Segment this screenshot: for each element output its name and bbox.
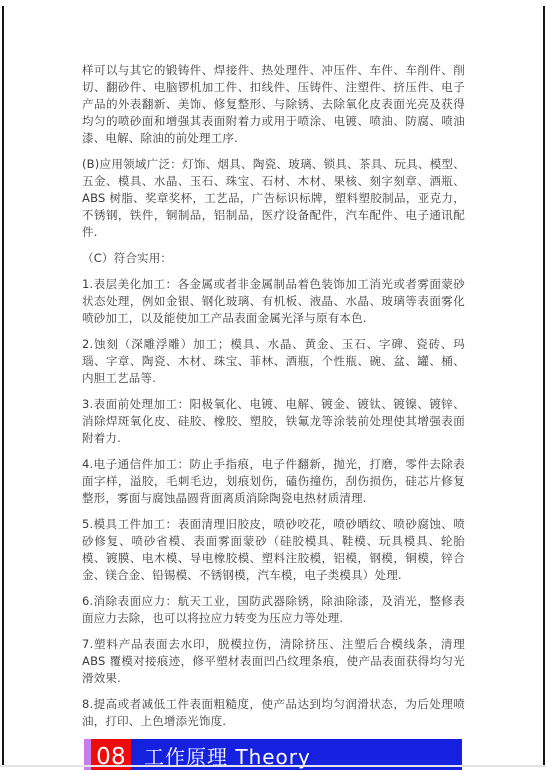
paragraph-item-4: 4.电子通信件加工：防止手指痕，电子件翻新，抛光，打磨，零件去除表面字样，溢胶，… xyxy=(82,456,465,507)
paragraph-item-8: 8.提高或者减低工件表面粗糙度，使产品达到均匀润滑状态，为后处理喷油，打印、上色… xyxy=(82,696,465,730)
document-page: 样可以与其它的锻铸件、焊接件、热处理件、冲压件、车件、车削件、削切、翻砂件、电脑… xyxy=(0,0,546,770)
paragraph-item-3: 3.表面前处理加工：阳极氧化、电镀、电解、镀金、镀钛、镀镍、镀锌、消除焊斑氧化皮… xyxy=(82,396,465,447)
paragraph-section-c-heading: （C）符合实用： xyxy=(82,250,465,267)
paragraph-item-7: 7.塑料产品表面去水印，脱模拉伤，清除挤压、注塑后合模线条，清理 ABS 覆模对… xyxy=(82,636,465,687)
page-bottom-divider xyxy=(0,765,546,767)
paragraph-item-2: 2.蚀刻（深雕浮雕）加工；模具、水晶、黄金、玉石、字碑、瓷砖、玛瑙、字章、陶瓷、… xyxy=(82,336,465,387)
paragraph-section-b: (B)应用领域广泛：灯饰、烟具、陶瓷、玻璃、锁具、茶具、玩具、模型、五金、模具、… xyxy=(82,156,465,241)
document-content: 样可以与其它的锻铸件、焊接件、热处理件、冲压件、车件、车削件、削切、翻砂件、电脑… xyxy=(82,62,465,770)
paragraph-item-6: 6.消除表面应力：航天工业，国防武器除锈，除油除漆，及消光，整修表面应力去除，也… xyxy=(82,593,465,627)
paragraph-item-1: 1.表层美化加工：各金属或者非金属制品着色装饰加工消光或者雾面蒙砂状态处理，例如… xyxy=(82,276,465,327)
scan-edge-right xyxy=(543,6,545,765)
paragraph-item-5: 5.模具工件加工：表面清理旧胶皮，喷砂咬花，喷砂晒纹、喷砂腐蚀、喷砂修复、喷砂省… xyxy=(82,516,465,584)
paragraph-applications-continued: 样可以与其它的锻铸件、焊接件、热处理件、冲压件、车件、车削件、削切、翻砂件、电脑… xyxy=(82,62,465,147)
scan-edge-left xyxy=(2,6,4,765)
